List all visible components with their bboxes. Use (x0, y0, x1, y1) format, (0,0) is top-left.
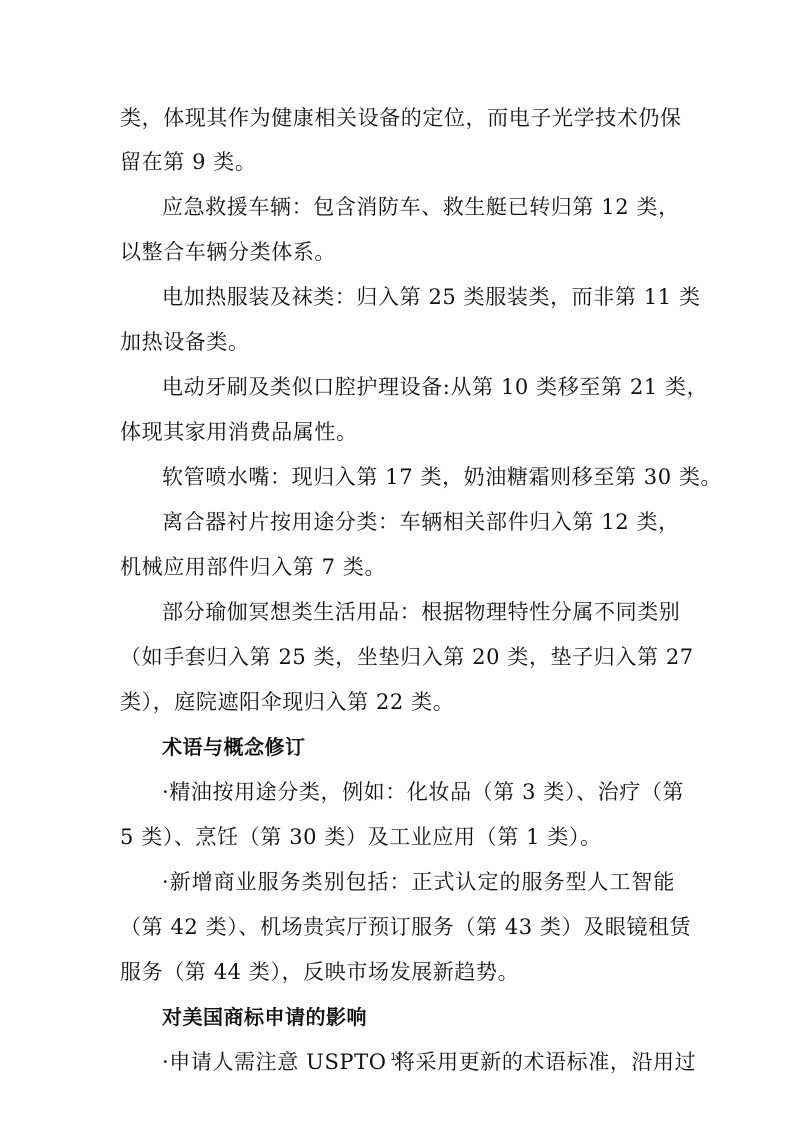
text-line: 留在第 9 类。 (120, 148, 675, 176)
section-heading-terminology: 术语与概念修订 (162, 733, 306, 761)
text-line: 离合器衬片按用途分类：车辆相关部件归入第 12 类， (162, 508, 675, 536)
text-line: 以整合车辆分类体系。 (120, 238, 675, 266)
text-line: 应急救援车辆：包含消防车、救生艇已转归第 12 类， (162, 193, 675, 221)
text-line: ·精油按用途分类，例如：化妆品（第 3 类）、治疗（第 (162, 778, 675, 806)
text-line: 服务（第 44 类），反映市场发展新趋势。 (120, 958, 675, 986)
page-number: 12 (0, 1051, 793, 1063)
text-line: 类，体现其作为健康相关设备的定位，而电子光学技术仍保 (120, 104, 675, 132)
text-line: 部分瑜伽冥想类生活用品：根据物理特性分属不同类别 (162, 598, 675, 626)
document-page: 类，体现其作为健康相关设备的定位，而电子光学技术仍保留在第 9 类。应急救援车辆… (0, 0, 793, 1122)
text-line: 类），庭院遮阳伞现归入第 22 类。 (120, 688, 675, 716)
text-line: 电加热服装及袜类：归入第 25 类服装类，而非第 11 类 (162, 283, 675, 311)
text-line: 软管喷水嘴：现归入第 17 类，奶油糖霜则移至第 30 类。 (162, 463, 675, 491)
text-line: 机械应用部件归入第 7 类。 (120, 553, 675, 581)
text-line: 体现其家用消费品属性。 (120, 418, 675, 446)
text-line: ·新增商业服务类别包括：正式认定的服务型人工智能 (162, 868, 675, 896)
text-line: （第 42 类）、机场贵宾厅预订服务（第 43 类）及眼镜租赁 (120, 913, 675, 941)
text-line: 加热设备类。 (120, 328, 675, 356)
text-line: （如手套归入第 25 类，坐垫归入第 20 类，垫子归入第 27 (120, 643, 675, 671)
text-line: 电动牙刷及类似口腔护理设备:从第 10 类移至第 21 类， (162, 373, 675, 401)
text-line: 5 类）、烹饪（第 30 类）及工业应用（第 1 类）。 (120, 823, 675, 851)
section-heading-us-impact: 对美国商标申请的影响 (162, 1003, 367, 1031)
